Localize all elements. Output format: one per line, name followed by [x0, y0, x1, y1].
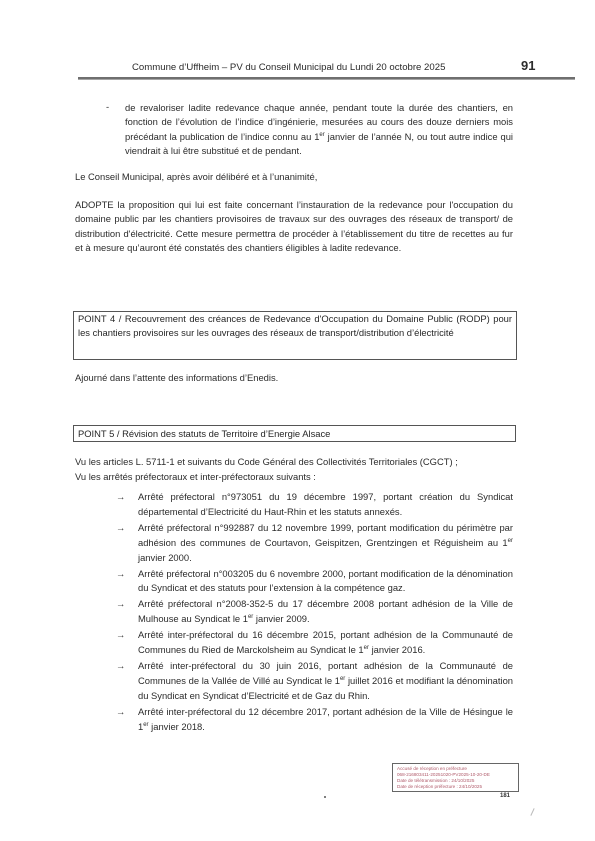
- arrete-text: Arrêté préfectoral n°973051 du 19 décemb…: [138, 491, 513, 517]
- header-title: Commune d’Uffheim – PV du Conseil Munici…: [132, 62, 445, 73]
- arrow-right-icon: →: [116, 628, 125, 643]
- stamp-line: Date de réception préfecture : 24/10/202…: [397, 784, 514, 790]
- point5-arretes-intro: Vu les arrêtés préfectoraux et inter-pré…: [75, 470, 520, 484]
- arrete-item: →Arrêté préfectoral n°973051 du 19 décem…: [116, 490, 513, 520]
- bullet-dash: -: [106, 101, 109, 112]
- revalorisation-paragraph: de revaloriser ladite redevance chaque a…: [125, 101, 513, 158]
- superscript: er: [508, 538, 513, 544]
- point5-title: POINT 5 / Révision des statuts de Territ…: [78, 427, 511, 441]
- point4-title-box: POINT 4 / Recouvrement des créances de R…: [73, 311, 517, 360]
- arrete-item: →Arrêté inter-préfectoral du 16 décembre…: [116, 628, 513, 658]
- decision-paragraph: ADOPTE la proposition qui lui est faite …: [75, 198, 513, 255]
- arrete-item: →Arrêté inter-préfectoral du 12 décembre…: [116, 705, 513, 735]
- arrete-text: Arrêté préfectoral n°992887 du 12 novemb…: [138, 522, 513, 548]
- arrow-right-icon: →: [116, 659, 125, 674]
- arrow-right-icon: →: [116, 705, 125, 720]
- point4-title: POINT 4 / Recouvrement des créances de R…: [78, 312, 512, 341]
- deliberation-heading: Le Conseil Municipal, après avoir délibé…: [75, 170, 515, 184]
- page-number: 91: [521, 58, 535, 73]
- arrete-text: janvier 2009.: [253, 613, 309, 624]
- point5-legal-basis: Vu les articles L. 5711-1 et suivants du…: [75, 455, 520, 469]
- arrete-text: Arrêté préfectoral n°003205 du 6 novembr…: [138, 568, 513, 594]
- sheet-number: 181: [500, 793, 510, 799]
- arrete-text: janvier 2000.: [138, 552, 192, 563]
- point4-body: Ajourné dans l’attente des informations …: [75, 371, 515, 385]
- arrete-item: →Arrêté préfectoral n°992887 du 12 novem…: [116, 521, 513, 566]
- arrete-text: Arrêté préfectoral n°2008-352-5 du 17 dé…: [138, 598, 513, 624]
- point5-title-box: POINT 5 / Révision des statuts de Territ…: [73, 425, 516, 442]
- arrete-item: →Arrêté préfectoral n°2008-352-5 du 17 d…: [116, 597, 513, 627]
- arrow-right-icon: →: [116, 567, 125, 582]
- arrete-text: Arrêté inter-préfectoral du 16 décembre …: [138, 629, 513, 655]
- scan-speck: [324, 796, 326, 798]
- page-header: Commune d’Uffheim – PV du Conseil Munici…: [60, 57, 514, 79]
- arretes-list: →Arrêté préfectoral n°973051 du 19 décem…: [116, 490, 513, 736]
- arrow-right-icon: →: [116, 597, 125, 612]
- arrete-text: janvier 2016.: [369, 644, 425, 655]
- header-rule: [78, 77, 575, 80]
- pen-mark: [530, 808, 534, 816]
- prefecture-reception-stamp: Accusé de réception en préfecture068-216…: [392, 763, 519, 792]
- arrete-item: →Arrêté inter-préfectoral du 30 juin 201…: [116, 659, 513, 704]
- arrete-item: →Arrêté préfectoral n°003205 du 6 novemb…: [116, 567, 513, 597]
- arrow-right-icon: →: [116, 521, 125, 536]
- arrete-text: janvier 2018.: [149, 721, 205, 732]
- arrow-right-icon: →: [116, 490, 125, 505]
